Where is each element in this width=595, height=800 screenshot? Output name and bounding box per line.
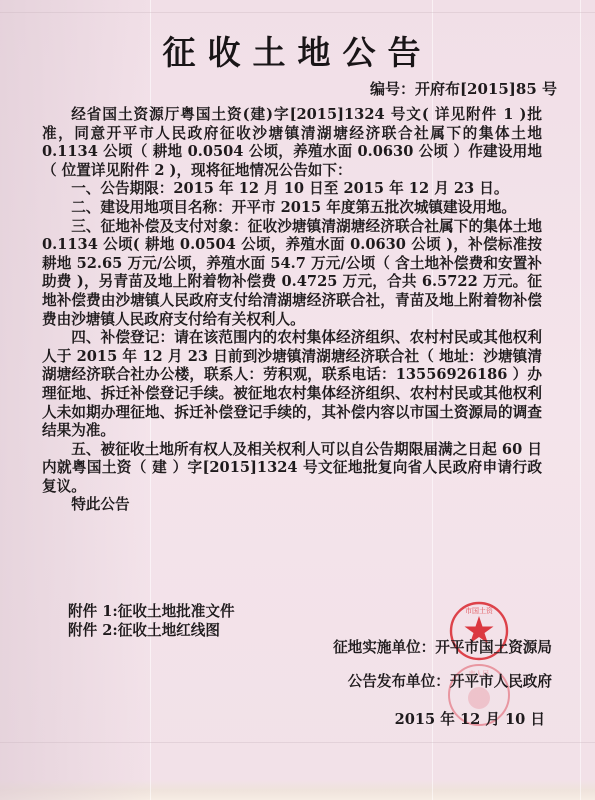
attachment-1: 附件 1:征收土地批准文件 — [68, 603, 235, 622]
section-registration: 四、补偿登记：请在该范围内的农村集体经济组织、农村村民或其他权利人于 2015 … — [42, 329, 542, 441]
closing-statement: 特此公告 — [42, 496, 542, 515]
document-number: 编号：开府布[2015]85 号 — [370, 78, 557, 99]
svg-text:市国土资: 市国土资 — [465, 606, 494, 615]
issuing-unit: 公告发布单位：开平市人民政府 — [348, 670, 552, 691]
section-review-rights: 五、被征收土地所有权人及相关权利人可以自公告期限届满之日起 60 日内就粤国土资… — [42, 441, 542, 497]
attachment-2: 附件 2:征收土地红线图 — [68, 622, 220, 641]
section-compensation: 三、征地补偿及支付对象：征收沙塘镇清湖塘经济联合社属下的集体土地 0.1134 … — [42, 218, 542, 330]
paper-crease — [0, 742, 595, 743]
paper-crease — [580, 0, 581, 800]
intro-paragraph: 经省国土资源厅粤国土资(建)字[2015]1324 号文( 详见附件 1 )批准… — [42, 106, 542, 180]
implementing-unit: 征地实施单位：开平市国土资源局 — [333, 636, 552, 657]
scanned-page: 征收土地公告 编号：开府布[2015]85 号 经省国土资源厅粤国土资(建)字[… — [0, 0, 595, 800]
section-project-name: 二、建设用地项目名称：开平市 2015 年度第五批次城镇建设用地。 — [42, 199, 542, 218]
document-title: 征收土地公告 — [0, 27, 595, 74]
document-body: 经省国土资源厅粤国土资(建)字[2015]1324 号文( 详见附件 1 )批准… — [42, 106, 542, 515]
issue-date: 2015 年 12 月 10 日 — [395, 708, 545, 729]
section-announcement-period: 一、公告期限：2015 年 12 月 10 日至 2015 年 12 月 23 … — [42, 180, 542, 199]
paper-crease — [0, 12, 595, 13]
